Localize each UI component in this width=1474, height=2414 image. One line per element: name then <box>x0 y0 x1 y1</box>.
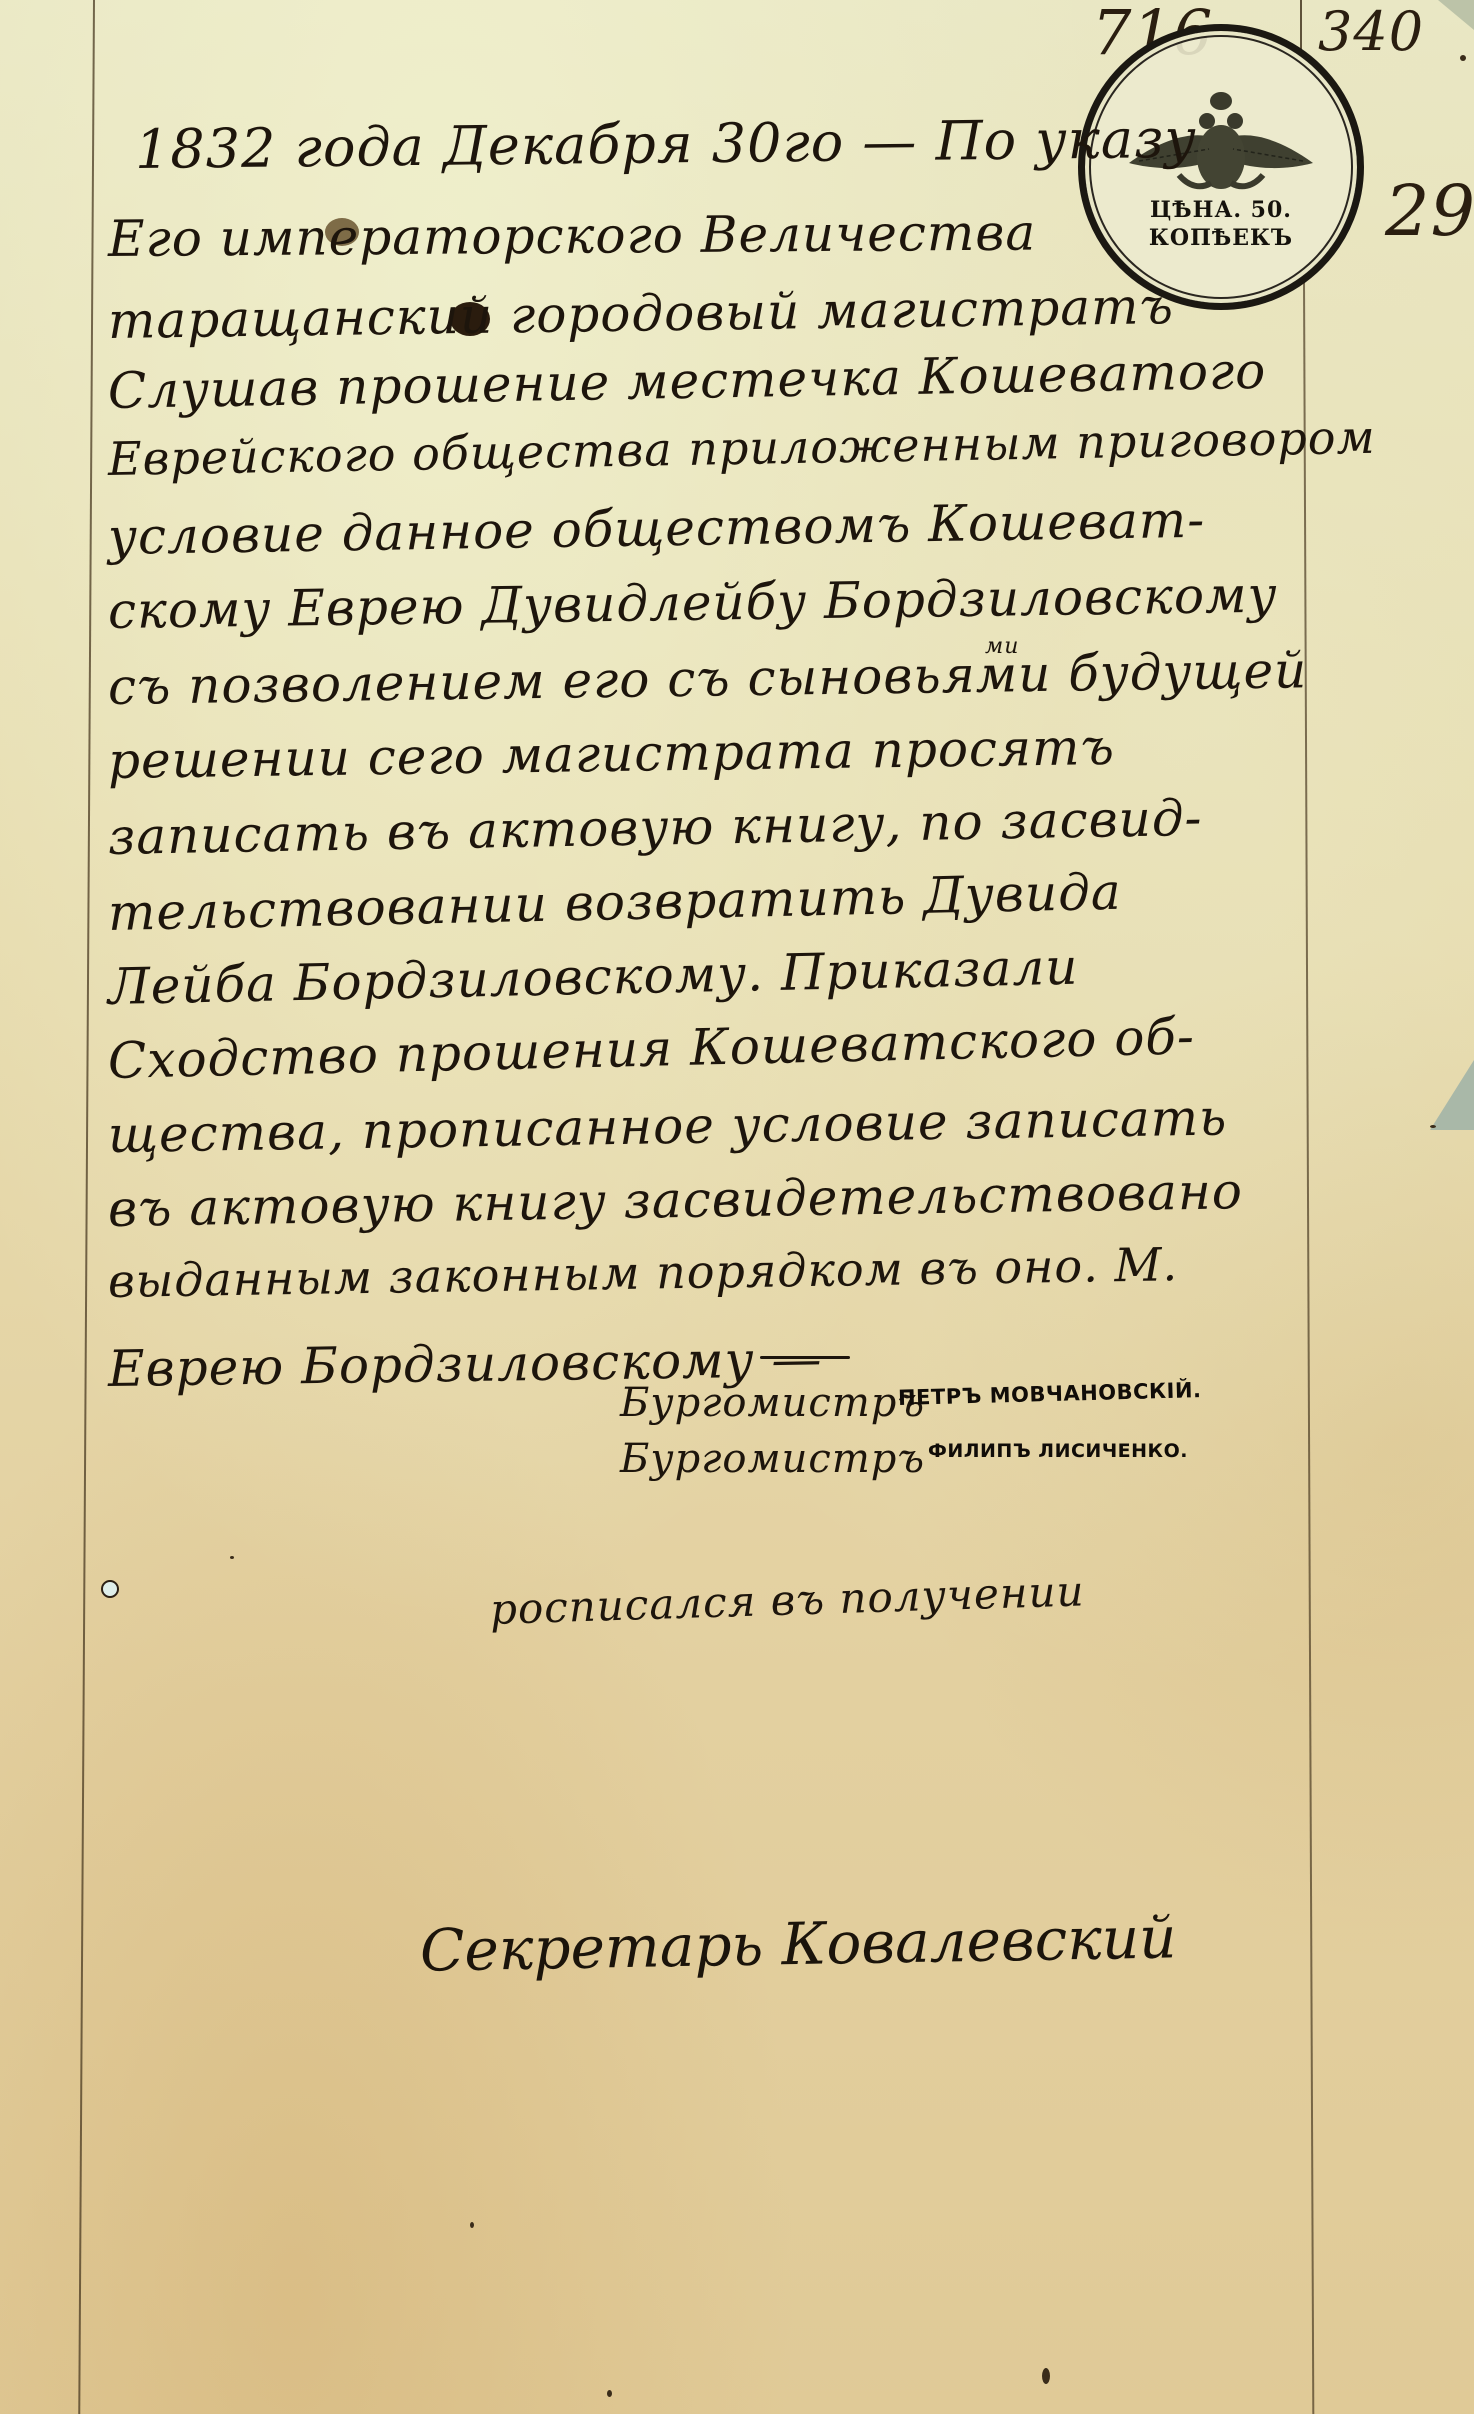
document-line: Его императорского Величества <box>108 204 1037 268</box>
name-stamp: ФИЛИПЪ ЛИСИЧЕНКО. <box>928 1440 1188 1462</box>
margin-number: 29 <box>1385 170 1474 252</box>
secretary-signature: Секретарь Ковалевский <box>419 1903 1177 1984</box>
signatory-title: Бургомистръ <box>620 1436 925 1482</box>
separator-dash <box>760 1356 850 1359</box>
paper-speck <box>470 2222 474 2228</box>
punch-hole <box>101 1580 119 1598</box>
folio-number-right: 340 <box>1318 0 1424 63</box>
paper-speck <box>1430 1125 1436 1128</box>
paper-speck <box>230 1556 234 1559</box>
stamp-currency: КОПѢЕКЪ <box>1085 225 1357 251</box>
stamp-price: ЦѢНА. 50. <box>1085 197 1357 223</box>
paper-speck <box>607 2390 612 2397</box>
signatory-title: Бургомистръ <box>620 1380 925 1426</box>
document-line-date: 1832 года Декабря 30го — По указу <box>135 107 1197 181</box>
paper-speck <box>1460 55 1466 61</box>
paper-speck <box>1042 2368 1050 2384</box>
